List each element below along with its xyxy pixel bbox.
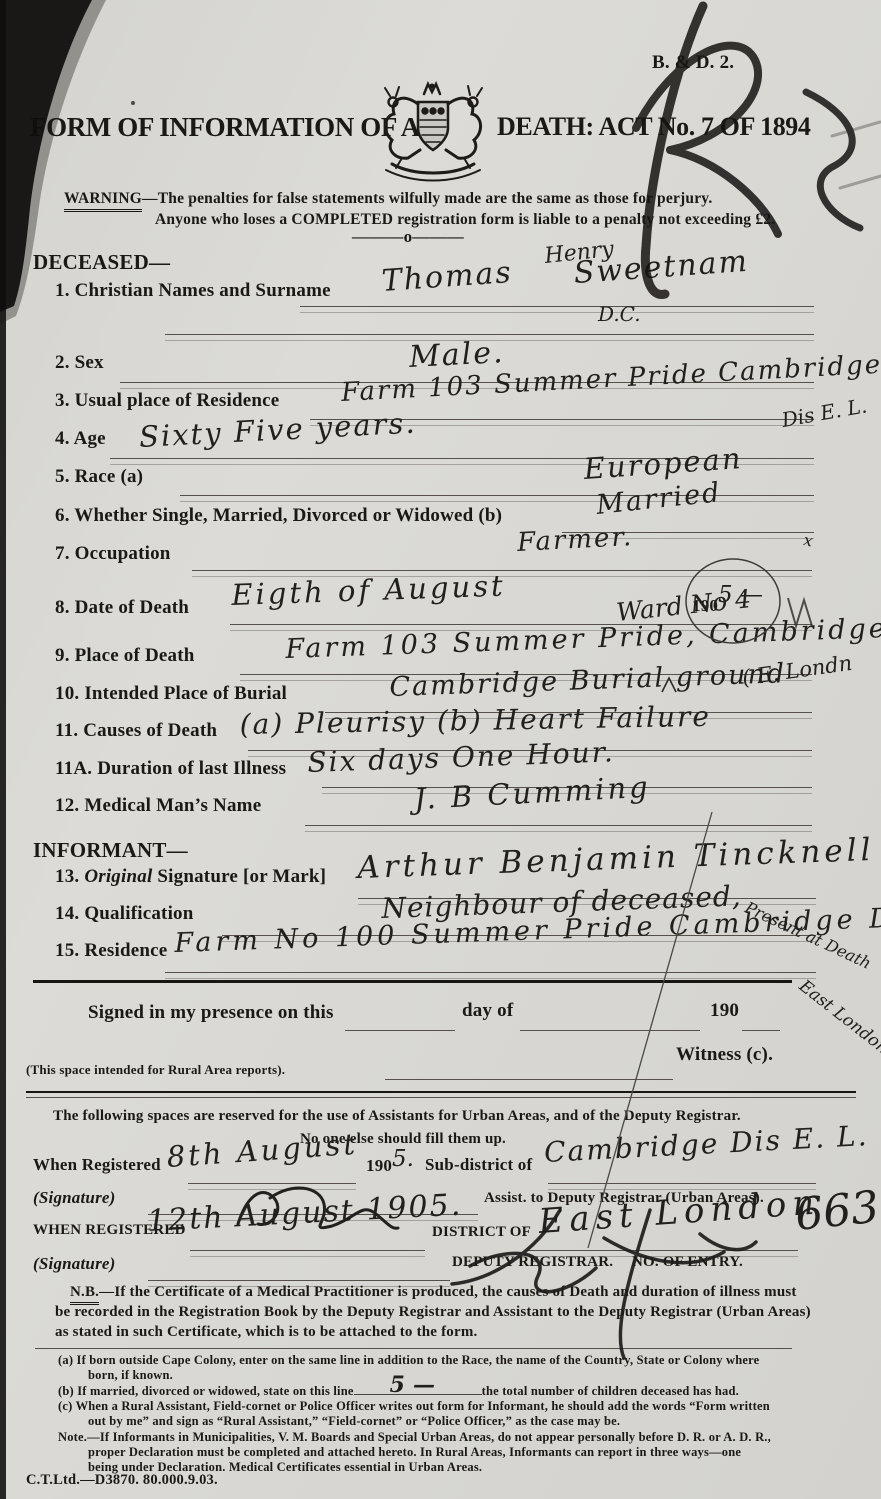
nb-line-2: be recorded in the Registration Book by … bbox=[55, 1304, 811, 1321]
field-value-burial-suffix: ( E. Londn bbox=[741, 651, 854, 690]
printed-year-3: 190 bbox=[366, 1156, 392, 1176]
scanned-death-registration-form: B. & D. 2. FORM OF INFORMATION OF A DEAT… bbox=[0, 0, 881, 1499]
field-label-marital: 6. Whether Single, Married, Divorced or … bbox=[55, 505, 502, 527]
children-count-value: 5 — bbox=[390, 1372, 436, 1398]
warning-label: WARNING bbox=[64, 190, 142, 212]
field-label-qualification: 14. Qualification bbox=[55, 903, 194, 925]
witness-label: Witness (c). bbox=[676, 1044, 773, 1066]
day-of-label: day of bbox=[462, 1000, 513, 1022]
field-label-occupation: 7. Occupation bbox=[55, 543, 171, 565]
signature-label-2: (Signature) bbox=[33, 1254, 116, 1274]
scan-corner-shadow bbox=[0, 0, 106, 324]
note-line2: proper Declaration must be completed and… bbox=[88, 1445, 741, 1460]
field-label-duration: 11A. Duration of last Illness bbox=[55, 758, 286, 780]
when-registered2-value: 12th August 1905. bbox=[146, 1188, 463, 1239]
nb-line-3: as stated in such Certificate, which is … bbox=[55, 1324, 478, 1341]
nb-label: N.B. bbox=[70, 1284, 99, 1305]
district-of-label: DISTRICT OF bbox=[432, 1224, 531, 1241]
field-note-district: Dis E. L. bbox=[780, 393, 869, 432]
when-registered-label: When Registered bbox=[33, 1155, 161, 1175]
field-value-medical-man: J. B Cumming bbox=[413, 770, 651, 816]
scan-edge-strip bbox=[0, 0, 6, 1499]
children-count-blank: 5 — bbox=[354, 1394, 482, 1395]
printer-imprint: C.T.Ltd.—D3870. 80.000.9.03. bbox=[26, 1472, 218, 1489]
field-value-age: Sixty Five years. bbox=[138, 406, 417, 454]
field-label-sex: 2. Sex bbox=[55, 352, 104, 374]
form-title-left: FORM OF INFORMATION OF A bbox=[30, 112, 420, 143]
blank-year bbox=[742, 1030, 780, 1031]
field-value-sex: Male. bbox=[408, 335, 505, 375]
double-rule-top bbox=[26, 1091, 856, 1093]
blank-month bbox=[520, 1030, 700, 1031]
field-value-causes: (a) Pleurisy (b) Heart Failure bbox=[239, 700, 711, 741]
field-value-informant-signature: Arthur Benjamin Tincknell bbox=[357, 832, 875, 886]
deceased-heading: DECEASED— bbox=[33, 250, 170, 275]
entry-number-value: 663 bbox=[793, 1182, 881, 1241]
footnote-c-line2: out by me” and sign as “Rural Assistant,… bbox=[88, 1414, 620, 1429]
field-value-first-name: Thomas bbox=[381, 255, 514, 299]
form-title-right: DEATH: ACT No. 7 OF 1894 bbox=[497, 112, 811, 142]
field-label-race: 5. Race (a) bbox=[55, 466, 143, 488]
field-label-residence: 3. Usual place of Residence bbox=[55, 390, 279, 412]
rural-area-note: (This space intended for Rural Area repo… bbox=[26, 1062, 285, 1078]
form-series-mark: B. & D. 2. bbox=[652, 52, 734, 74]
field-value-burial: Cambridge Burial ground bbox=[389, 658, 787, 703]
field-label-date-of-death: 8. Date of Death bbox=[55, 597, 189, 619]
rule-medical-man bbox=[305, 825, 812, 832]
deputy-registrar-label: DEPUTY REGISTRAR. bbox=[452, 1254, 613, 1271]
warning-line: WARNING—The penalties for false statemen… bbox=[64, 190, 712, 212]
witness-signature-line bbox=[385, 1079, 673, 1080]
section-heavy-rule bbox=[33, 980, 792, 983]
subdistrict-value: Cambridge Dis E. L. bbox=[543, 1119, 869, 1169]
field-value-duration: Six days One Hour. bbox=[307, 735, 615, 779]
section-divider: ———o——— bbox=[352, 227, 464, 247]
blank-day bbox=[345, 1030, 455, 1031]
field-label-informant-residence: 15. Residence bbox=[55, 940, 167, 962]
reserved-spaces-text: The following spaces are reserved for th… bbox=[53, 1108, 741, 1125]
when-registered-value: 8th August bbox=[166, 1127, 359, 1174]
footnote-c-line1: (c) When a Rural Assistant, Field-cornet… bbox=[58, 1399, 770, 1414]
when-registered-line bbox=[188, 1183, 356, 1190]
warning-line2: Anyone who loses a COMPLETED registratio… bbox=[155, 211, 775, 229]
margin-x-mark: x bbox=[802, 530, 814, 550]
double-rule-bottom bbox=[26, 1097, 856, 1098]
field-value-place-of-death: Farm 103 Summer Pride, Cambridge Dis bbox=[285, 611, 881, 665]
footnote-rule bbox=[35, 1348, 792, 1349]
residence-margin-note: East London bbox=[795, 976, 881, 1058]
hw-year-digit-2: 5. bbox=[392, 1146, 414, 1172]
field-value-occupation: Farmer. bbox=[516, 522, 634, 558]
signature-label-1: (Signature) bbox=[33, 1188, 116, 1208]
field-label-medical-man: 12. Medical Man’s Name bbox=[55, 795, 261, 817]
field-label-burial: 10. Intended Place of Burial bbox=[55, 683, 287, 705]
signed-presence-text: Signed in my presence on this bbox=[88, 1002, 334, 1024]
field-label-signature-mark: 13. Original Signature [or Mark] bbox=[55, 866, 326, 888]
when-registered2-line bbox=[190, 1250, 425, 1257]
field-label-causes: 11. Causes of Death bbox=[55, 720, 217, 742]
field-label-place-of-death: 9. Place of Death bbox=[55, 645, 195, 667]
field-label-names: 1. Christian Names and Surname bbox=[55, 280, 331, 302]
field-label-age: 4. Age bbox=[55, 428, 106, 450]
rule-names bbox=[300, 306, 814, 313]
no-of-entry-label: NO. OF ENTRY. bbox=[632, 1254, 743, 1271]
field-note-dc: D.C. bbox=[598, 302, 641, 326]
note-line1: Note.—If Informants in Municipalities, V… bbox=[58, 1430, 771, 1445]
nb-line-1: N.B.—If the Certificate of a Medical Pra… bbox=[70, 1284, 797, 1305]
printed-year-2: 190 bbox=[710, 1000, 739, 1022]
subdistrict-label: Sub-district of bbox=[425, 1155, 532, 1175]
footnote-b-line: (b) If married, divorced or widowed, sta… bbox=[58, 1384, 739, 1399]
warning-text: —The penalties for false statements wilf… bbox=[142, 190, 712, 207]
rule-informant-residence bbox=[165, 972, 816, 979]
footnote-a-line2: born, if known. bbox=[88, 1368, 173, 1383]
footnote-a-line1: (a) If born outside Cape Colony, enter o… bbox=[58, 1353, 759, 1368]
informant-heading: INFORMANT— bbox=[33, 838, 188, 863]
